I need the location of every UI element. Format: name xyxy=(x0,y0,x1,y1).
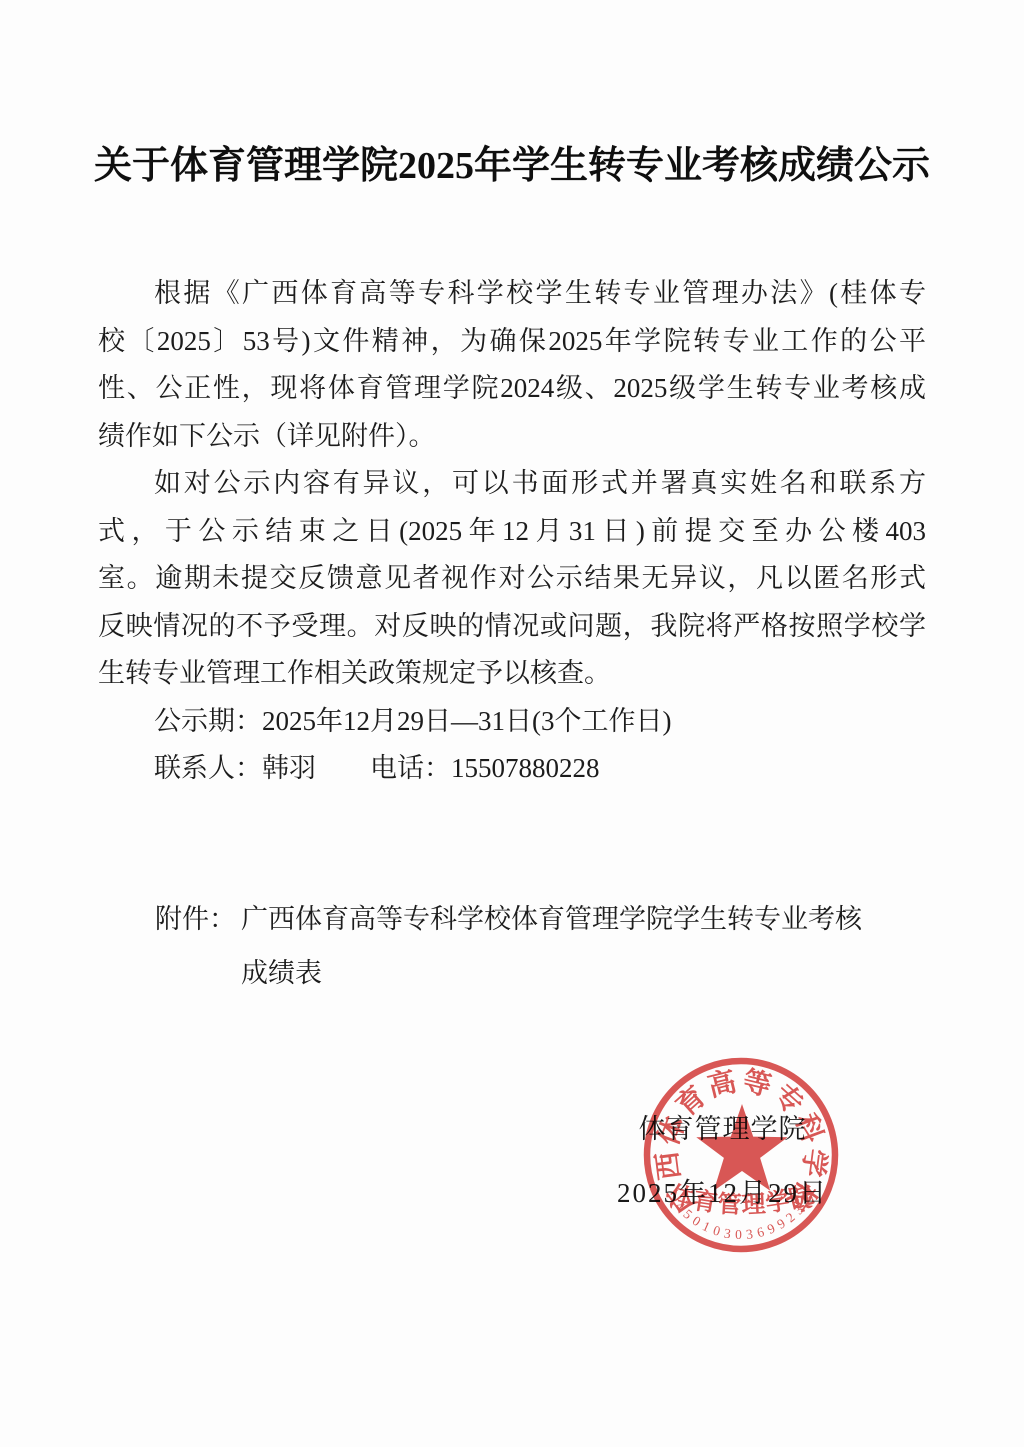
body-line: 生转专业管理工作相关政策规定予以核查。 xyxy=(98,650,926,698)
notice-body: 根据《广西体育高等专科学校学生转专业管理办法》(桂体专 校〔2025〕53号)文… xyxy=(98,270,926,793)
attachment-block: 附件： 广西体育高等专科学校体育管理学院学生转专业考核 成绩表 xyxy=(155,892,862,1000)
body-line: 校〔2025〕53号)文件精神，为确保2025年学院转专业工作的公平 xyxy=(98,318,926,366)
signature-date: 2025年12月29日 xyxy=(570,1176,875,1210)
signature-org: 体育管理学院 xyxy=(570,1112,875,1146)
body-line: 式，于公示结束之日(2025年12月31日)前提交至办公楼403 xyxy=(98,508,926,556)
attachment-line: 广西体育高等专科学校体育管理学院学生转专业考核 xyxy=(241,892,862,946)
attachment-text: 广西体育高等专科学校体育管理学院学生转专业考核 成绩表 xyxy=(241,892,862,1000)
publicity-period-line: 公示期：2025年12月29日—31日(3个工作日) xyxy=(98,698,926,746)
attachment-line: 成绩表 xyxy=(241,946,862,1000)
body-line: 根据《广西体育高等专科学校学生转专业管理办法》(桂体专 xyxy=(98,270,926,318)
body-line: 室。逾期未提交反馈意见者视作对公示结果无异议，凡以匿名形式 xyxy=(98,555,926,603)
notice-title: 关于体育管理学院2025年学生转专业考核成绩公示 xyxy=(50,134,974,189)
body-line: 反映情况的不予受理。对反映的情况或问题，我院将严格按照学校学 xyxy=(98,603,926,651)
body-line: 如对公示内容有异议，可以书面形式并署真实姓名和联系方 xyxy=(98,460,926,508)
attachment-label: 附件： xyxy=(155,892,241,946)
signature-block: 体育管理学院 2025年12月29日 xyxy=(570,1112,875,1210)
body-line: 绩作如下公示（详见附件）。 xyxy=(98,413,926,461)
document-page: 关于体育管理学院2025年学生转专业考核成绩公示 根据《广西体育高等专科学校学生… xyxy=(0,0,1024,1447)
body-line: 性、公正性，现将体育管理学院2024级、2025级学生转专业考核成 xyxy=(98,365,926,413)
contact-line: 联系人：韩羽 电话：15507880228 xyxy=(98,745,926,793)
